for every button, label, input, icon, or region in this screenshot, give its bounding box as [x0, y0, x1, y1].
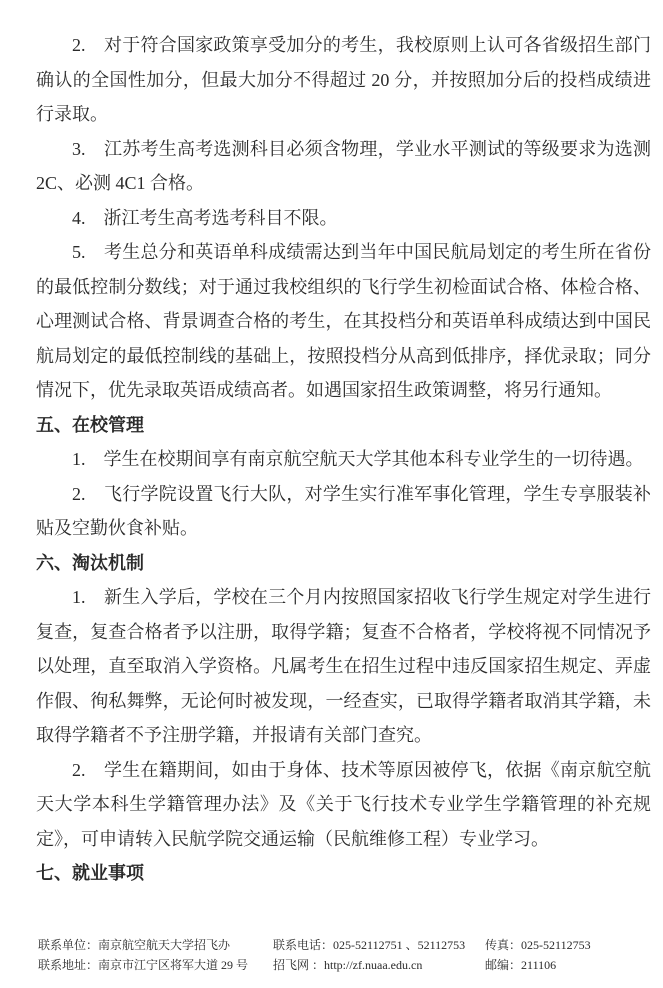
footer-contact-unit-value: 南京航空航天大学招飞办 [98, 938, 230, 952]
footer-contact-phone-label: 联系电话： [273, 938, 333, 952]
document-page: 2. 对于符合国家政策享受加分的考生，我校原则上认可各省级招生部门确认的全国性加… [0, 0, 663, 988]
para-bonus-policy: 2. 对于符合国家政策享受加分的考生，我校原则上认可各省级招生部门确认的全国性加… [36, 28, 651, 132]
footer-recruitment-website: 招飞网 ：http://zf.nuaa.edu.cn [273, 956, 485, 976]
footer-contact-phone-value: 025-52112751 、52112753 [333, 938, 465, 952]
heading-employment: 七、就业事项 [36, 856, 651, 891]
para-flight-college-management: 2. 飞行学院设置飞行大队，对学生实行准军事化管理，学生专享服装补贴及空勤伙食补… [36, 477, 651, 546]
footer-row-1: 联系单位：南京航空航天大学招飞办 联系电话：025-52112751 、5211… [38, 936, 651, 956]
footer-row-2: 联系地址：南京市江宁区将军大道 29 号 招飞网 ：http://zf.nuaa… [38, 956, 651, 976]
footer-recruitment-website-value: http://zf.nuaa.edu.cn [324, 958, 422, 972]
footer-contact-phone: 联系电话：025-52112751 、52112753 [273, 936, 485, 956]
para-jiangsu-subjects: 3. 江苏考生高考选测科目必须含物理，学业水平测试的等级要求为选测 2C、必测 … [36, 132, 651, 201]
para-admission-score-rules: 5. 考生总分和英语单科成绩需达到当年中国民航局划定的考生所在省份的最低控制分数… [36, 235, 651, 408]
heading-campus-management: 五、在校管理 [36, 408, 651, 443]
document-body: 2. 对于符合国家政策享受加分的考生，我校原则上认可各省级招生部门确认的全国性加… [36, 28, 651, 891]
footer-postal-code-value: 211106 [521, 958, 556, 972]
para-reexamination-rules: 1. 新生入学后，学校在三个月内按照国家招收飞行学生规定对学生进行复查，复查合格… [36, 580, 651, 753]
footer-fax-label: 传真： [485, 938, 521, 952]
footer-recruitment-website-label: 招飞网 ： [273, 958, 324, 972]
footer-contact-unit: 联系单位：南京航空航天大学招飞办 [38, 936, 273, 956]
footer-postal-code-label: 邮编： [485, 958, 521, 972]
footer-fax-value: 025-52112753 [521, 938, 591, 952]
para-grounded-transfer-rules: 2. 学生在籍期间，如由于身体、技术等原因被停飞，依据《南京航空航天大学本科生学… [36, 753, 651, 857]
para-zhejiang-subjects: 4. 浙江考生高考选考科目不限。 [36, 201, 651, 236]
footer-fax: 传真：025-52112753 [485, 936, 651, 956]
heading-elimination-mechanism: 六、淘汰机制 [36, 546, 651, 581]
footer-contact-address-value: 南京市江宁区将军大道 29 号 [98, 958, 248, 972]
footer-contact-address-label: 联系地址： [38, 958, 98, 972]
footer-contact-unit-label: 联系单位： [38, 938, 98, 952]
para-student-treatment: 1. 学生在校期间享有南京航空航天大学其他本科专业学生的一切待遇。 [36, 442, 651, 477]
footer-postal-code: 邮编：211106 [485, 956, 651, 976]
contact-footer: 联系单位：南京航空航天大学招飞办 联系电话：025-52112751 、5211… [38, 936, 651, 975]
footer-contact-address: 联系地址：南京市江宁区将军大道 29 号 [38, 956, 273, 976]
